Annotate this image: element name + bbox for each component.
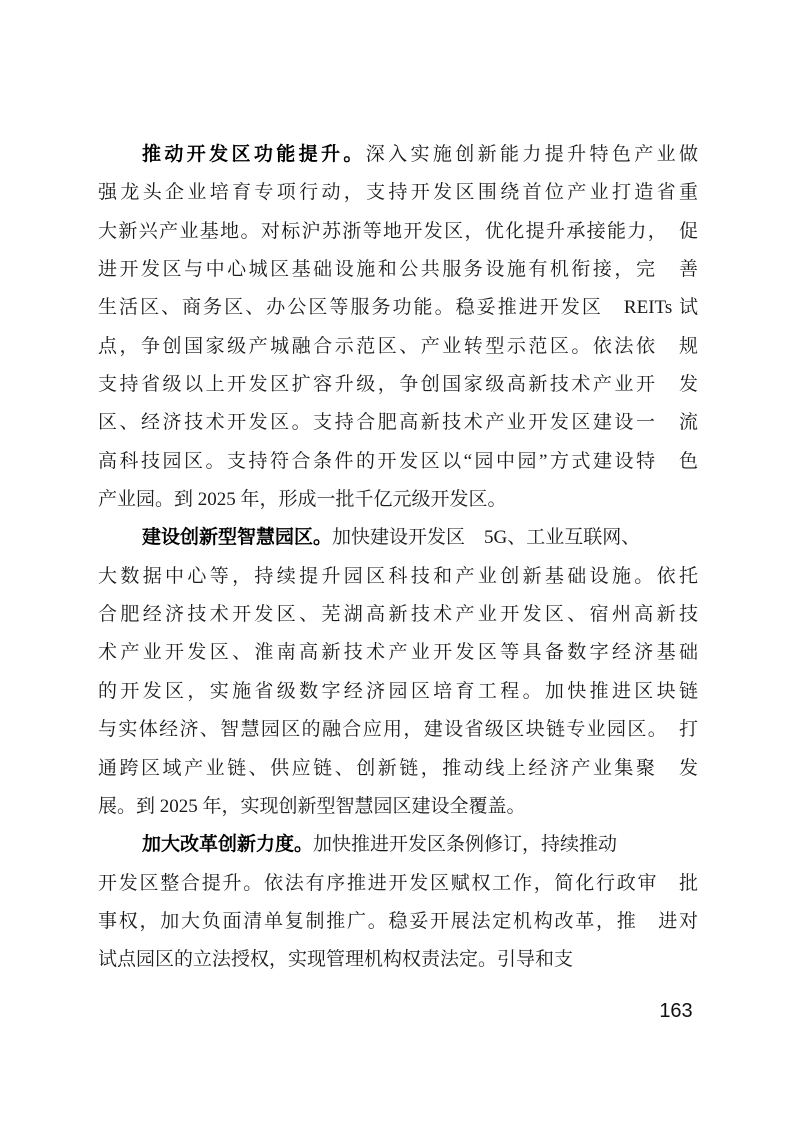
text-line: 推动开发区功能提升。深入实施创新能力提升特色产业做 (98, 136, 698, 174)
paragraph: 加大改革创新力度。加快推进开发区条例修订，持续推动 开发区整合提升。依法有序推进… (98, 826, 698, 979)
text-line: 加大改革创新力度。加快推进开发区条例修订，持续推动 (98, 826, 698, 864)
paragraph: 建设创新型智慧园区。加快建设开发区 5G、工业互联网、 大数据中心等，持续提升园… (98, 519, 698, 826)
body-text: 推动开发区功能提升。深入实施创新能力提升特色产业做 强龙头企业培育专项行动，支持… (98, 136, 698, 980)
paragraph-lead: 加大改革创新力度。 (142, 834, 313, 855)
paragraph: 推动开发区功能提升。深入实施创新能力提升特色产业做 强龙头企业培育专项行动，支持… (98, 136, 698, 519)
text-line: 通跨区域产业链、供应链、创新链，推动线上经济产业集聚 发 (98, 750, 698, 788)
document-page: 推动开发区功能提升。深入实施创新能力提升特色产业做 强龙头企业培育专项行动，支持… (0, 0, 793, 1122)
text-line: 进开发区与中心城区基础设施和公共服务设施有机衔接，完 善 (98, 251, 698, 289)
paragraph-text: 加快推进开发区条例修订，持续推动 (313, 834, 617, 855)
page-number: 163 (656, 1000, 696, 1023)
text-line: 事权，加大负面清单复制推广。稳妥开展法定机构改革，推 进对 (98, 903, 698, 941)
text-line: 试点园区的立法授权，实现管理机构权责法定。引导和支 (98, 941, 698, 979)
text-line: 高科技园区。支持符合条件的开发区以“园中园”方式建设特 色 (98, 443, 698, 481)
text-line: 大新兴产业基地。对标沪苏浙等地开发区，优化提升承接能力， 促 (98, 213, 698, 251)
text-line: 生活区、商务区、办公区等服务功能。稳妥推进开发区 REITs 试 (98, 289, 698, 327)
text-line: 与实体经济、智慧园区的融合应用，建设省级区块链专业园区。 打 (98, 711, 698, 749)
text-line: 支持省级以上开发区扩容升级，争创国家级高新技术产业开 发 (98, 366, 698, 404)
text-line: 大数据中心等，持续提升园区科技和产业创新基础设施。依托 (98, 558, 698, 596)
text-line: 术产业开发区、淮南高新技术产业开发区等具备数字经济基础 (98, 634, 698, 672)
text-line: 区、经济技术开发区。支持合肥高新技术产业开发区建设一 流 (98, 404, 698, 442)
text-line: 的开发区，实施省级数字经济园区培育工程。加快推进区块链 (98, 673, 698, 711)
text-line: 合肥经济技术开发区、芜湖高新技术产业开发区、宿州高新技 (98, 596, 698, 634)
paragraph-text: 深入实施创新能力提升特色产业做 (366, 144, 698, 165)
paragraph-text: 加快建设开发区 5G、工业互联网、 (332, 527, 640, 548)
text-line: 点，争创国家级产城融合示范区、产业转型示范区。依法依 规 (98, 328, 698, 366)
paragraph-lead: 推动开发区功能提升。 (142, 144, 366, 165)
text-line: 展。到 2025 年，实现创新型智慧园区建设全覆盖。 (98, 788, 698, 826)
text-line: 强龙头企业培育专项行动，支持开发区围绕首位产业打造省重 (98, 174, 698, 212)
paragraph-lead: 建设创新型智慧园区。 (142, 527, 332, 548)
text-line: 建设创新型智慧园区。加快建设开发区 5G、工业互联网、 (98, 519, 698, 557)
text-line: 产业园。到 2025 年，形成一批千亿元级开发区。 (98, 481, 698, 519)
text-line: 开发区整合提升。依法有序推进开发区赋权工作，简化行政审 批 (98, 865, 698, 903)
